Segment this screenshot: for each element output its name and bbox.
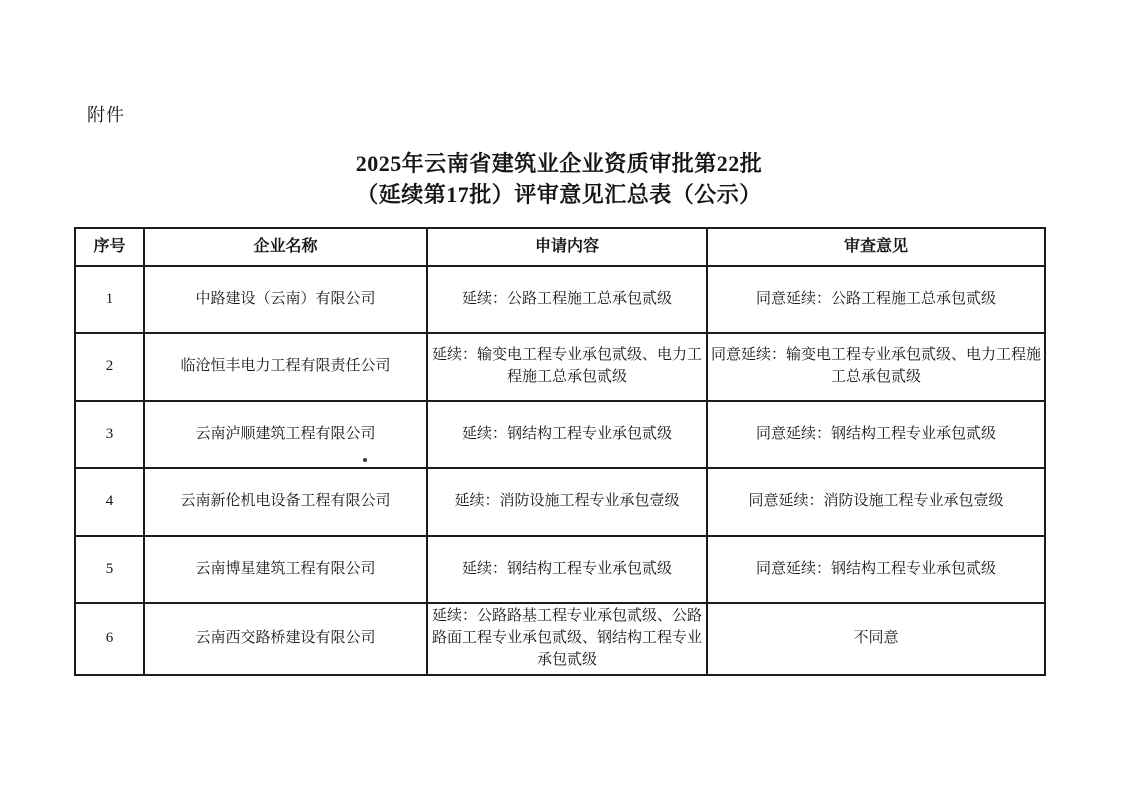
cell-review-opinion: 同意延续：公路工程施工总承包贰级 bbox=[707, 266, 1045, 333]
cell-serial-number: 5 bbox=[75, 536, 144, 603]
cell-company-name: 云南博星建筑工程有限公司 bbox=[144, 536, 427, 603]
cell-company-name: 云南西交路桥建设有限公司 bbox=[144, 603, 427, 675]
cell-company-name: 临沧恒丰电力工程有限责任公司 bbox=[144, 333, 427, 401]
cell-application-content: 延续：消防设施工程专业承包壹级 bbox=[427, 468, 707, 536]
cell-application-content: 延续：钢结构工程专业承包贰级 bbox=[427, 401, 707, 468]
cell-serial-number: 1 bbox=[75, 266, 144, 333]
cell-review-opinion: 同意延续：钢结构工程专业承包贰级 bbox=[707, 401, 1045, 468]
review-summary-table: 序号 企业名称 申请内容 审查意见 1中路建设（云南）有限公司延续：公路工程施工… bbox=[74, 227, 1046, 676]
cell-serial-number: 4 bbox=[75, 468, 144, 536]
cell-review-opinion: 同意延续：消防设施工程专业承包壹级 bbox=[707, 468, 1045, 536]
cell-company-name: 云南新伦机电设备工程有限公司 bbox=[144, 468, 427, 536]
table-row: 4云南新伦机电设备工程有限公司延续：消防设施工程专业承包壹级同意延续：消防设施工… bbox=[75, 468, 1045, 536]
cell-review-opinion: 同意延续：钢结构工程专业承包贰级 bbox=[707, 536, 1045, 603]
table-row: 6云南西交路桥建设有限公司延续：公路路基工程专业承包贰级、公路路面工程专业承包贰… bbox=[75, 603, 1045, 675]
cell-review-opinion: 同意延续：输变电工程专业承包贰级、电力工程施工总承包贰级 bbox=[707, 333, 1045, 401]
title-line-1: 2025年云南省建筑业企业资质审批第22批 bbox=[74, 148, 1044, 179]
table-row: 3云南泸顺建筑工程有限公司延续：钢结构工程专业承包贰级同意延续：钢结构工程专业承… bbox=[75, 401, 1045, 468]
cell-company-name: 中路建设（云南）有限公司 bbox=[144, 266, 427, 333]
cell-review-opinion: 不同意 bbox=[707, 603, 1045, 675]
document-page: 附件 2025年云南省建筑业企业资质审批第22批 （延续第17批）评审意见汇总表… bbox=[0, 0, 1122, 793]
table-row: 5云南博星建筑工程有限公司延续：钢结构工程专业承包贰级同意延续：钢结构工程专业承… bbox=[75, 536, 1045, 603]
scan-artifact-dot bbox=[363, 458, 367, 462]
table-row: 2临沧恒丰电力工程有限责任公司延续：输变电工程专业承包贰级、电力工程施工总承包贰… bbox=[75, 333, 1045, 401]
table-header-row: 序号 企业名称 申请内容 审查意见 bbox=[75, 228, 1045, 266]
cell-application-content: 延续：钢结构工程专业承包贰级 bbox=[427, 536, 707, 603]
cell-serial-number: 2 bbox=[75, 333, 144, 401]
cell-company-name: 云南泸顺建筑工程有限公司 bbox=[144, 401, 427, 468]
table-row: 1中路建设（云南）有限公司延续：公路工程施工总承包贰级同意延续：公路工程施工总承… bbox=[75, 266, 1045, 333]
header-review-opinion: 审查意见 bbox=[707, 228, 1045, 266]
cell-application-content: 延续：公路路基工程专业承包贰级、公路路面工程专业承包贰级、钢结构工程专业承包贰级 bbox=[427, 603, 707, 675]
cell-application-content: 延续：输变电工程专业承包贰级、电力工程施工总承包贰级 bbox=[427, 333, 707, 401]
cell-serial-number: 6 bbox=[75, 603, 144, 675]
header-serial-number: 序号 bbox=[75, 228, 144, 266]
title-line-2: （延续第17批）评审意见汇总表（公示） bbox=[74, 179, 1044, 210]
cell-serial-number: 3 bbox=[75, 401, 144, 468]
attachment-label: 附件 bbox=[87, 101, 125, 127]
document-title: 2025年云南省建筑业企业资质审批第22批 （延续第17批）评审意见汇总表（公示… bbox=[74, 148, 1044, 210]
header-company-name: 企业名称 bbox=[144, 228, 427, 266]
table-body: 1中路建设（云南）有限公司延续：公路工程施工总承包贰级同意延续：公路工程施工总承… bbox=[75, 266, 1045, 675]
cell-application-content: 延续：公路工程施工总承包贰级 bbox=[427, 266, 707, 333]
header-application-content: 申请内容 bbox=[427, 228, 707, 266]
